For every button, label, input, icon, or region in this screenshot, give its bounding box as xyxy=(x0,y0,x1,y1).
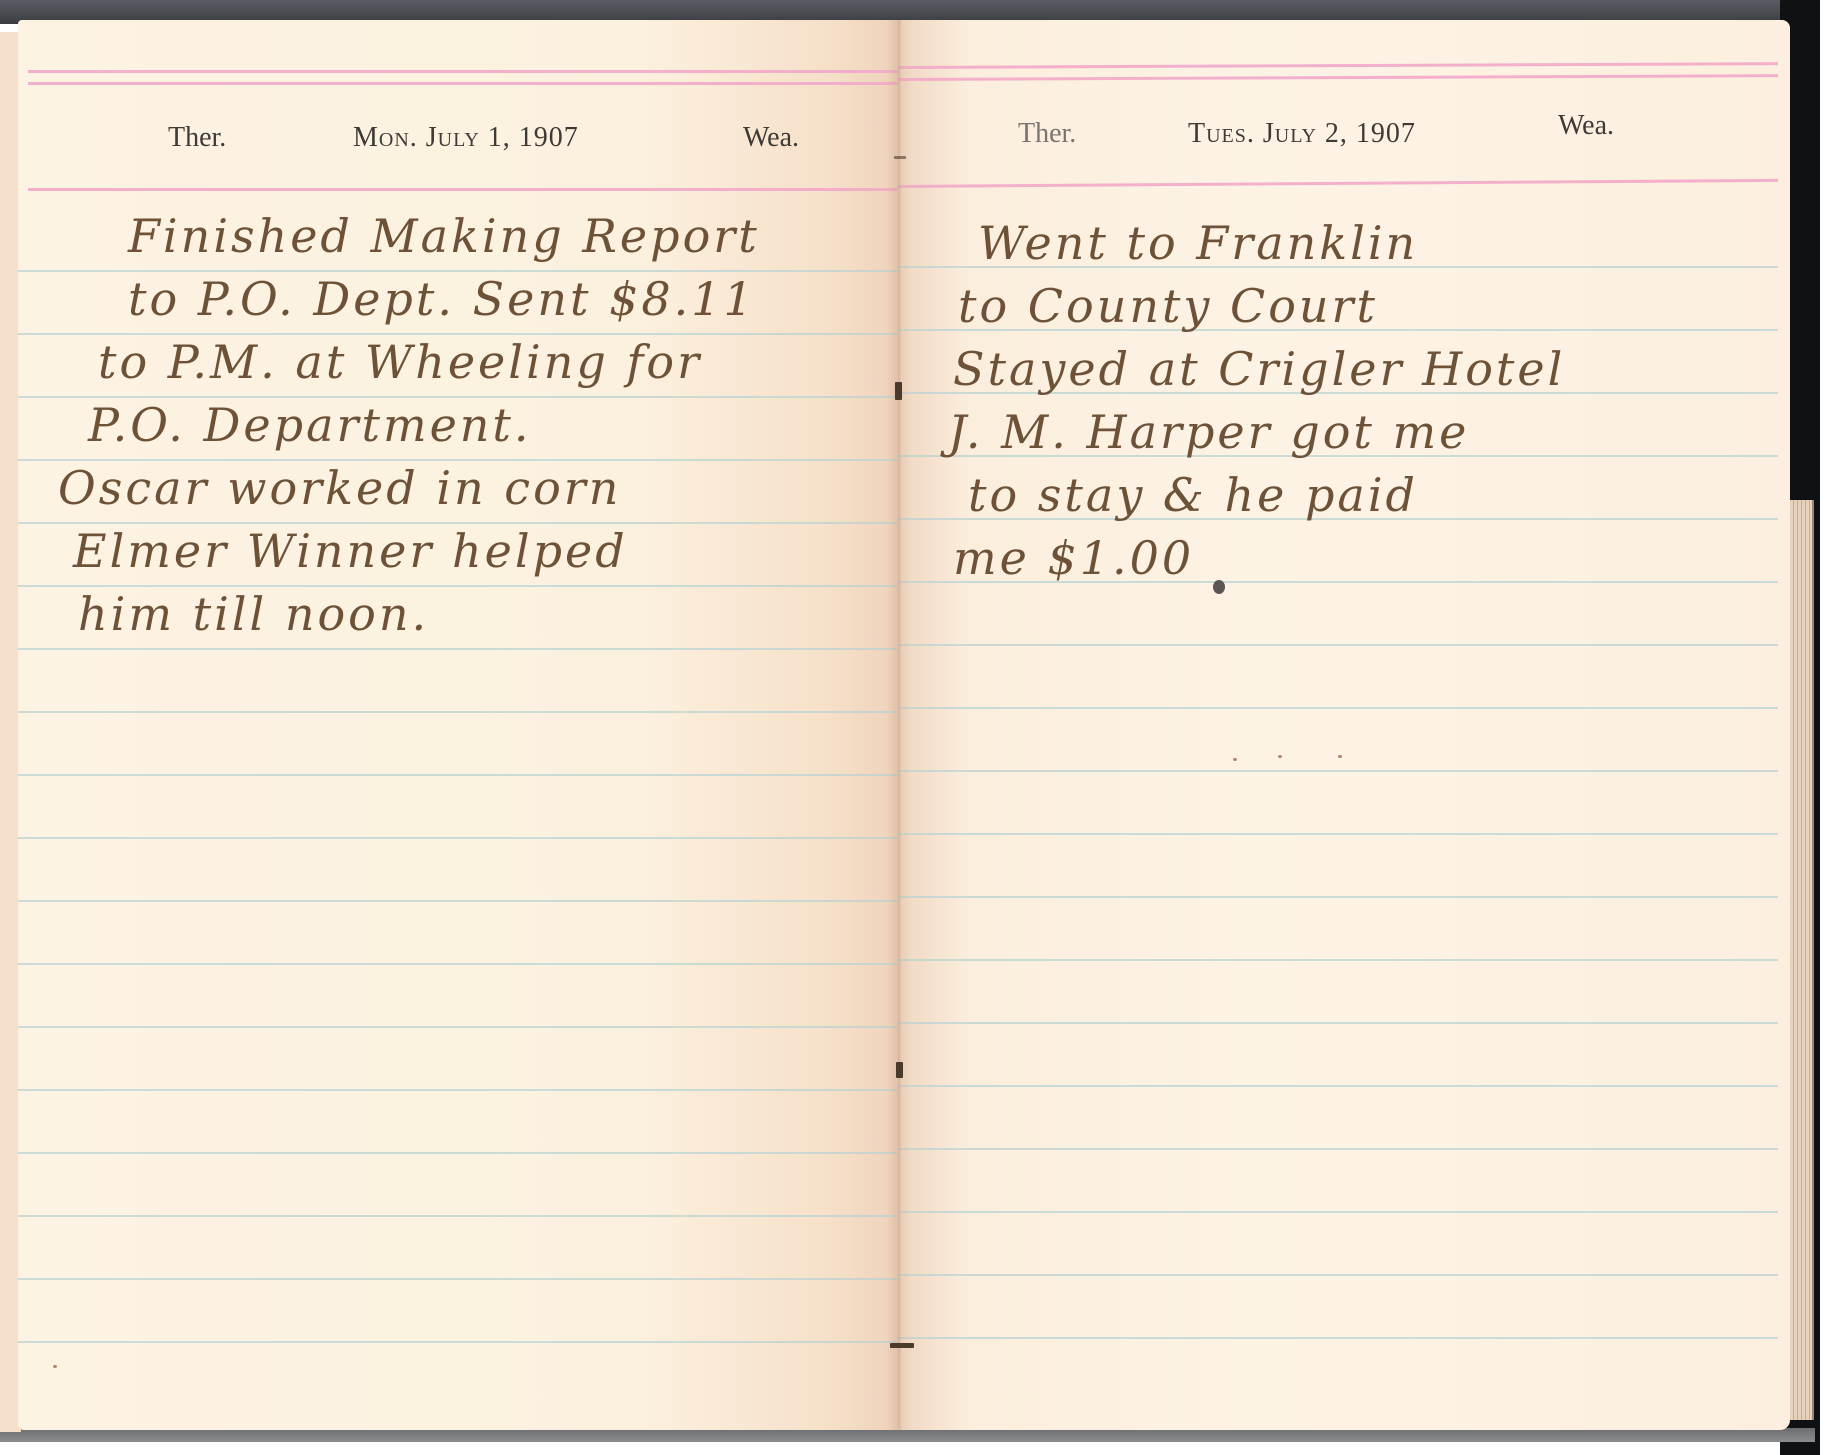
entry-line: Oscar worked in corn xyxy=(58,457,760,520)
binding-stitch xyxy=(894,156,906,159)
header-top-rule xyxy=(898,62,1778,69)
left-page-header: Ther. Mon. July 1, 1907 Wea. xyxy=(18,122,898,172)
ruled-line xyxy=(18,648,898,650)
ther-label: Ther. xyxy=(168,122,226,154)
ruled-line xyxy=(898,896,1778,898)
paper-speck xyxy=(1278,755,1282,758)
ruled-line xyxy=(18,1152,898,1154)
ruled-line xyxy=(898,1148,1778,1150)
entry-line: P.O. Department. xyxy=(58,394,760,457)
left-diary-entry: Finished Making Report to P.O. Dept. Sen… xyxy=(58,205,760,646)
binding-stitch xyxy=(895,382,902,400)
ruled-line xyxy=(898,959,1778,961)
entry-line: him till noon. xyxy=(58,583,760,646)
ruled-line xyxy=(18,1215,898,1217)
binding-stitch xyxy=(890,1343,914,1348)
right-diary-entry: Went to Franklin to County Court Stayed … xyxy=(948,212,1565,590)
binding-stitch xyxy=(896,1062,903,1078)
header-top-rule-2 xyxy=(898,74,1778,81)
entry-line: J. M. Harper got me xyxy=(948,401,1565,464)
ruled-line xyxy=(898,1337,1778,1339)
header-bottom-rule xyxy=(898,179,1778,188)
entry-line: to P.M. at Wheeling for xyxy=(58,331,760,394)
entry-line: to stay & he paid xyxy=(948,464,1565,527)
ruled-line xyxy=(18,1341,898,1343)
ruled-line xyxy=(18,1278,898,1280)
left-page: Ther. Mon. July 1, 1907 Wea. Finished Ma… xyxy=(18,20,898,1430)
header-top-rule-2 xyxy=(28,82,898,85)
entry-line: Finished Making Report xyxy=(58,205,760,268)
ruled-line xyxy=(18,1089,898,1091)
ther-label: Ther. xyxy=(1018,118,1076,150)
ruled-line xyxy=(18,963,898,965)
entry-line: to County Court xyxy=(948,275,1565,338)
diary-book: Ther. Mon. July 1, 1907 Wea. Finished Ma… xyxy=(18,20,1790,1430)
header-top-rule xyxy=(28,70,898,73)
ruled-line xyxy=(898,1022,1778,1024)
entry-line: Elmer Winner helped xyxy=(58,520,760,583)
ruled-line xyxy=(898,707,1778,709)
paper-speck xyxy=(1233,758,1237,761)
ruled-line xyxy=(898,833,1778,835)
ruled-line xyxy=(18,900,898,902)
entry-line: to P.O. Dept. Sent $8.11 xyxy=(58,268,760,331)
header-bottom-rule xyxy=(28,188,898,191)
right-page-header: Ther. Tues. July 2, 1907 Wea. xyxy=(898,118,1790,168)
ruled-line xyxy=(18,711,898,713)
page-date: Tues. July 2, 1907 xyxy=(1188,118,1416,150)
entry-line: Stayed at Crigler Hotel xyxy=(948,338,1565,401)
entry-line: Went to Franklin xyxy=(948,212,1565,275)
ruled-line xyxy=(18,1026,898,1028)
wea-label: Wea. xyxy=(1558,110,1614,142)
ruled-line xyxy=(898,644,1778,646)
paper-speck xyxy=(1338,755,1342,758)
ruled-line xyxy=(898,770,1778,772)
ruled-line xyxy=(898,1211,1778,1213)
page-edge-stack xyxy=(1790,500,1814,1420)
ruled-line xyxy=(18,774,898,776)
ruled-line xyxy=(898,1085,1778,1087)
ruled-line xyxy=(898,1274,1778,1276)
paper-speck xyxy=(53,1365,57,1368)
page-date: Mon. July 1, 1907 xyxy=(353,122,579,154)
ink-blot xyxy=(1213,580,1225,594)
ruled-line xyxy=(18,837,898,839)
entry-line: me $1.00 xyxy=(948,527,1565,590)
desk-backdrop-bottom xyxy=(0,1428,1815,1442)
right-page: Ther. Tues. July 2, 1907 Wea. Went to Fr… xyxy=(898,20,1790,1430)
wea-label: Wea. xyxy=(743,122,799,154)
